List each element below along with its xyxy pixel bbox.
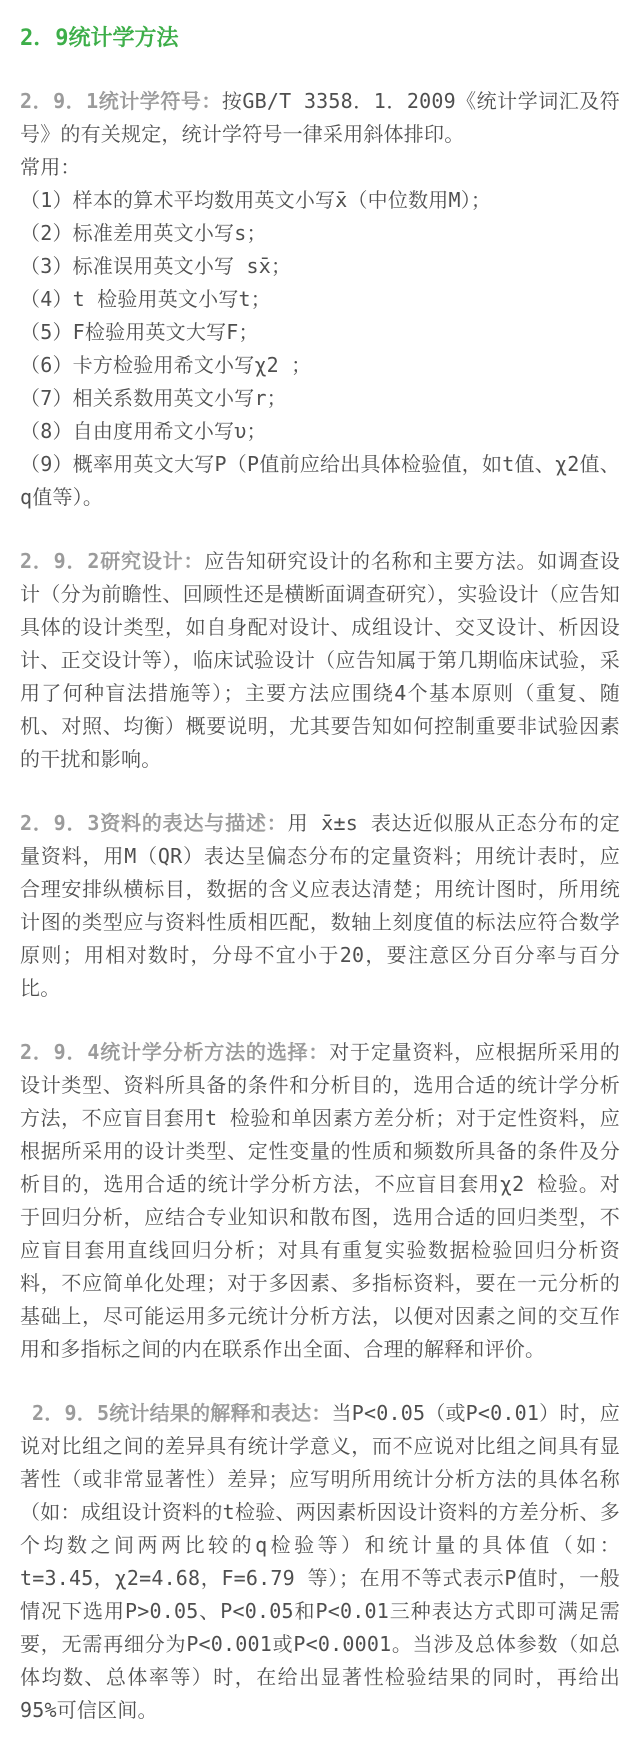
list-item: （6）卡方检验用希文小写χ2 ； bbox=[20, 349, 620, 382]
section-paragraph: 2．9．3资料的表达与描述：用 x̄±s 表达近似服从正态分布的定量资料，用M（… bbox=[20, 807, 620, 1005]
section-paragraph: 2．9．2研究设计：应告知研究设计的名称和主要方法。如调查设计（分为前瞻性、回顾… bbox=[20, 545, 620, 776]
section-paragraph: 2．9．1统计学符号：按GB/T 3358．1．2009《统计学词汇及符号》的有… bbox=[20, 85, 620, 151]
section-statistical-symbols: 2．9．1统计学符号：按GB/T 3358．1．2009《统计学词汇及符号》的有… bbox=[20, 85, 620, 514]
list-item: （8）自由度用希文小写υ； bbox=[20, 415, 620, 448]
list-item: （3）标准误用英文小写 sx̄； bbox=[20, 250, 620, 283]
section-research-design: 2．9．2研究设计：应告知研究设计的名称和主要方法。如调查设计（分为前瞻性、回顾… bbox=[20, 545, 620, 776]
section-heading: 2．9．2研究设计： bbox=[20, 549, 204, 573]
list-item: （7）相关系数用英文小写r； bbox=[20, 382, 620, 415]
page-title: 2．9统计学方法 bbox=[20, 24, 620, 54]
section-heading: 2．9．1统计学符号： bbox=[20, 89, 222, 113]
list-item: （9）概率用英文大写P（P值前应给出具体检验值，如t值、χ2值、q值等）。 bbox=[20, 448, 620, 514]
section-body: 应告知研究设计的名称和主要方法。如调查设计（分为前瞻性、回顾性还是横断面调查研究… bbox=[20, 549, 620, 771]
section-body: 当P<0.05（或P<0.01）时，应说对比组之间的差异具有统计学意义，而不应说… bbox=[20, 1401, 620, 1722]
section-body: 用 x̄±s 表达近似服从正态分布的定量资料，用M（QR）表达呈偏态分布的定量资… bbox=[20, 811, 620, 1000]
section-analysis-method-selection: 2．9．4统计学分析方法的选择：对于定量资料，应根据所采用的设计类型、资料所具备… bbox=[20, 1036, 620, 1366]
list-item: （4）t 检验用英文小写t； bbox=[20, 283, 620, 316]
section-result-interpretation: 2．9．5统计结果的解释和表达：当P<0.05（或P<0.01）时，应说对比组之… bbox=[20, 1397, 620, 1727]
section-heading: 2．9．3资料的表达与描述： bbox=[20, 811, 288, 835]
section-paragraph: 2．9．4统计学分析方法的选择：对于定量资料，应根据所采用的设计类型、资料所具备… bbox=[20, 1036, 620, 1366]
symbol-list: （1）样本的算术平均数用英文小写x̄（中位数用M）； （2）标准差用英文小写s；… bbox=[20, 184, 620, 514]
list-item: （1）样本的算术平均数用英文小写x̄（中位数用M）； bbox=[20, 184, 620, 217]
list-item: （5）F检验用英文大写F； bbox=[20, 316, 620, 349]
list-item: （2）标准差用英文小写s； bbox=[20, 217, 620, 250]
article: 2．9统计学方法 2．9．1统计学符号：按GB/T 3358．1．2009《统计… bbox=[0, 0, 640, 1757]
list-lead: 常用： bbox=[20, 151, 620, 184]
section-heading: 2．9．5统计结果的解释和表达： bbox=[32, 1401, 332, 1425]
section-paragraph: 2．9．5统计结果的解释和表达：当P<0.05（或P<0.01）时，应说对比组之… bbox=[20, 1397, 620, 1727]
section-body: 对于定量资料，应根据所采用的设计类型、资料所具备的条件和分析目的，选用合适的统计… bbox=[20, 1040, 620, 1361]
section-data-presentation: 2．9．3资料的表达与描述：用 x̄±s 表达近似服从正态分布的定量资料，用M（… bbox=[20, 807, 620, 1005]
section-heading: 2．9．4统计学分析方法的选择： bbox=[20, 1040, 329, 1064]
